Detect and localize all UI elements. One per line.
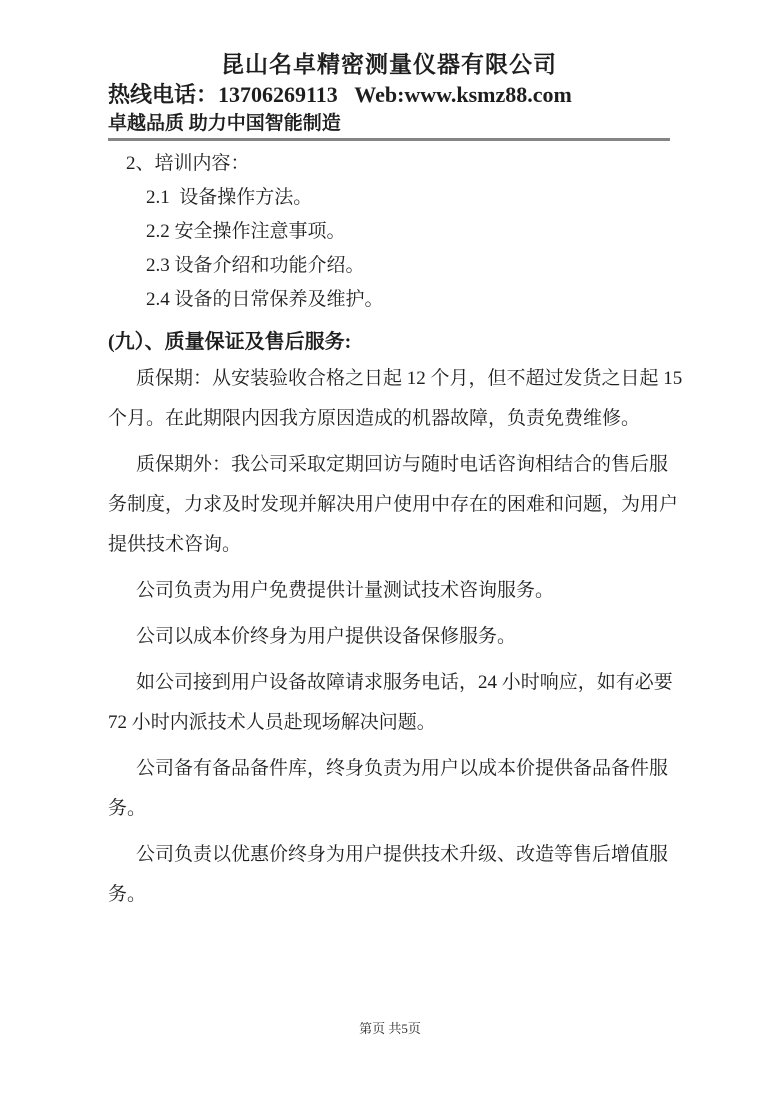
training-item: 2.3 设备介绍和功能介绍。 xyxy=(108,249,670,283)
paragraph-line: 提供技术咨询。 xyxy=(108,525,670,565)
training-item: 2.2 安全操作注意事项。 xyxy=(108,215,670,249)
header-divider xyxy=(108,138,670,141)
paragraph: 质保期：从安装验收合格之日起 12 个月，但不超过发货之日起 15 个月。在此期… xyxy=(108,359,670,439)
page-footer: 第页 共5页 xyxy=(0,1020,780,1038)
paragraph-line: 公司负责为用户免费提供计量测试技术咨询服务。 xyxy=(108,571,670,611)
paragraph: 公司负责为用户免费提供计量测试技术咨询服务。 xyxy=(108,571,670,611)
document-body: 2、培训内容： 2.1 设备操作方法。 2.2 安全操作注意事项。 2.3 设备… xyxy=(108,147,670,915)
paragraph: 公司负责以优惠价终身为用户提供技术升级、改造等售后增值服 务。 xyxy=(108,835,670,915)
paragraph: 质保期外：我公司采取定期回访与随时电话咨询相结合的售后服 务制度，力求及时发现并… xyxy=(108,445,670,565)
company-name: 昆山名卓精密测量仪器有限公司 xyxy=(108,52,670,78)
paragraph-line: 个月。在此期限内因我方原因造成的机器故障，负责免费维修。 xyxy=(108,399,670,439)
paragraph-line: 公司负责以优惠价终身为用户提供技术升级、改造等售后增值服 xyxy=(108,835,670,875)
page-number: 第页 共5页 xyxy=(359,1021,421,1036)
paragraph-line: 质保期：从安装验收合格之日起 12 个月，但不超过发货之日起 15 xyxy=(108,359,670,399)
paragraph-line: 务。 xyxy=(108,875,670,915)
training-item: 2.1 设备操作方法。 xyxy=(108,181,670,215)
warranty-section-heading: (九）、质量保证及售后服务: xyxy=(108,325,670,359)
training-item: 2.4 设备的日常保养及维护。 xyxy=(108,283,670,317)
document-page: 昆山名卓精密测量仪器有限公司 热线电话：13706269113 Web:www.… xyxy=(0,0,780,1104)
paragraph-line: 质保期外：我公司采取定期回访与随时电话咨询相结合的售后服 xyxy=(108,445,670,485)
paragraph-line: 公司以成本价终身为用户提供设备保修服务。 xyxy=(108,617,670,657)
paragraph: 公司备有备品备件库，终身负责为用户以成本价提供备品备件服 务。 xyxy=(108,749,670,829)
paragraph: 公司以成本价终身为用户提供设备保修服务。 xyxy=(108,617,670,657)
paragraph-line: 公司备有备品备件库，终身负责为用户以成本价提供备品备件服 xyxy=(108,749,670,789)
paragraph-line: 72 小时内派技术人员赴现场解决问题。 xyxy=(108,703,670,743)
paragraph-line: 如公司接到用户设备故障请求服务电话，24 小时响应，如有必要 xyxy=(108,663,670,703)
slogan-line: 卓越品质 助力中国智能制造 xyxy=(108,112,670,135)
training-section-heading: 2、培训内容： xyxy=(108,147,670,181)
contact-line: 热线电话：13706269113 Web:www.ksmz88.com xyxy=(108,82,670,108)
paragraph: 如公司接到用户设备故障请求服务电话，24 小时响应，如有必要 72 小时内派技术… xyxy=(108,663,670,743)
paragraph-line: 务。 xyxy=(108,789,670,829)
letterhead: 昆山名卓精密测量仪器有限公司 热线电话：13706269113 Web:www.… xyxy=(108,52,670,141)
paragraph-line: 务制度，力求及时发现并解决用户使用中存在的困难和问题，为用户 xyxy=(108,485,670,525)
